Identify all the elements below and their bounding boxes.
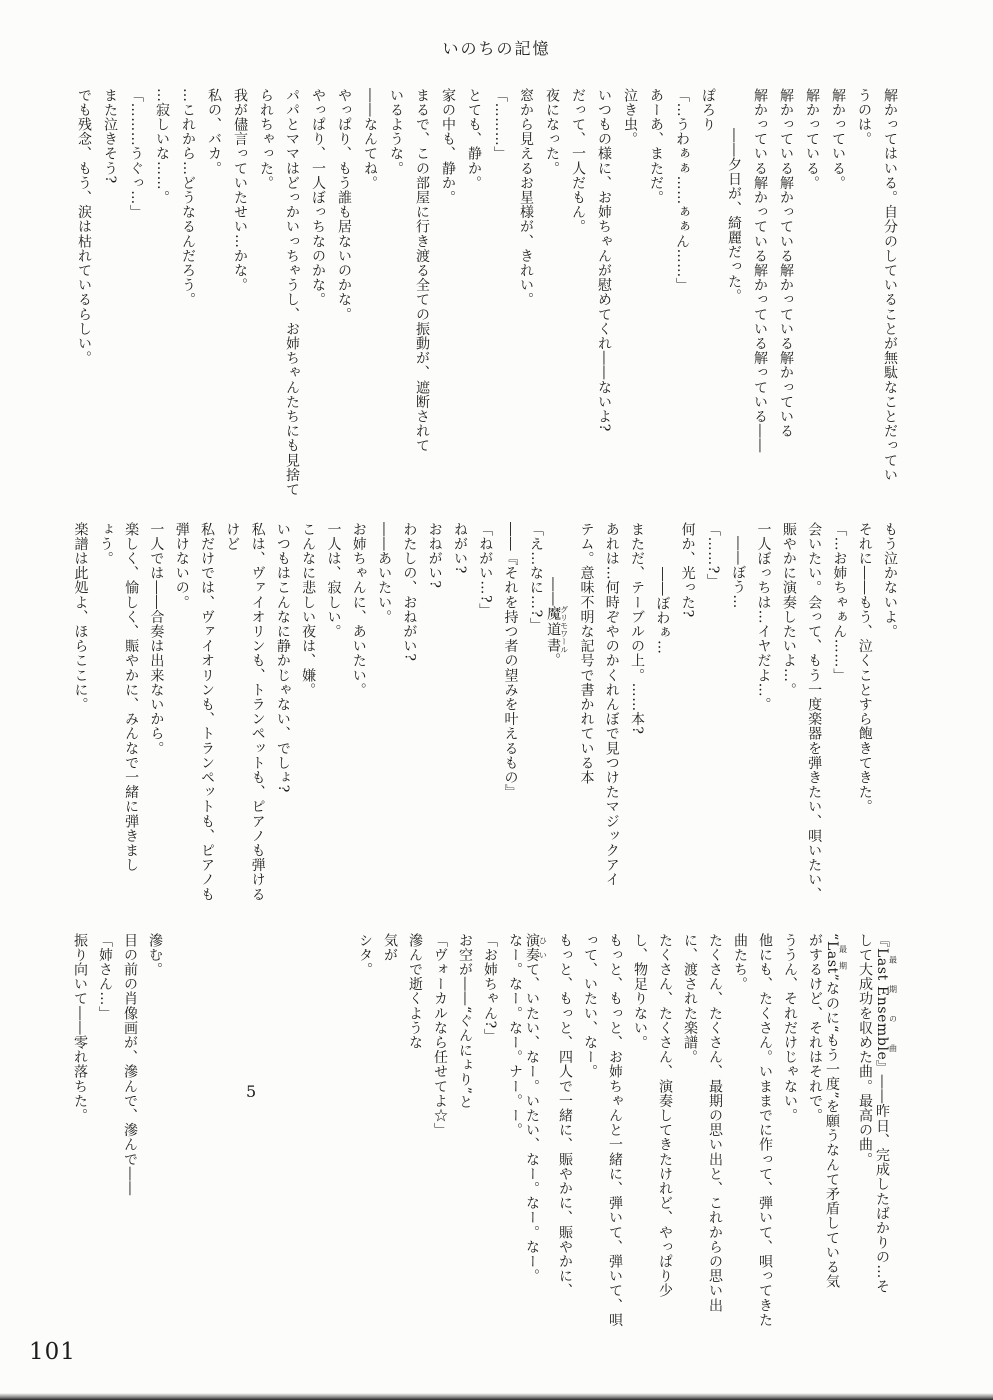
text-column: 我が儘言っていたせい…かな。 [221,88,247,497]
text-column: 一人ぼっちは…イヤだよ…。 [745,522,770,902]
text-column: パパとママはどっかいっちゃうし、お姉ちゃんたちにも見捨て [273,88,299,497]
text-column: お空が――“ぐんにょり”と [447,933,472,1327]
text-column: 私の、バカ。 [195,88,221,497]
text-block-top: 解かってはいる。自分のしていることが無駄なことだっていうのは。解かっている。解か… [65,88,897,497]
text-column: シタ。 [347,933,372,1327]
text-column: 目の前の肖像画が、滲んで、滲んで―― [112,933,137,1327]
text-column: お姉ちゃんに、あいたい。 [340,522,365,902]
text-column: 解かっている解かっている解かっている解っている―― [741,88,767,497]
text-column: あれは…何時ぞやのかくれんぼで見つけたマジックアイ [593,522,618,902]
page-title: いのちの記憶 [0,36,993,59]
text-column: ぽろり [689,88,715,497]
text-column: ――ぼわぁ… [644,522,669,902]
text-column: して大成功を収めた曲。最高の曲。 [847,933,872,1327]
text-column: ――『それを持つ者の望みを叶えるもの』 [492,522,517,902]
text-column: あーあ、まただ。 [637,88,663,497]
text-column: 何か、光った? [669,522,694,902]
text-column: ――あいたい。 [366,522,391,902]
text-column: 「………うぐっ…」 [117,88,143,497]
text-column: 滲んで逝くような [397,933,422,1327]
text-column: 「え…なに…?」 [518,522,543,902]
text-column: 弾けないの。 [163,522,188,902]
text-column: 泣き虫。 [611,88,637,497]
text-column: 楽譜は此処よ、ほらここに。 [62,522,87,902]
text-column: もう泣かないよ。 [872,522,897,902]
text-column: って、いたい、なー。 [572,933,597,1327]
text-block-bottom: 『Last Ensemble最期の曲』――昨日、完成したばかりの…そして大成功を… [62,933,897,1327]
text-column: 解かっている。 [819,88,845,497]
text-column: わたしの、おねがい? [391,522,416,902]
text-column: “Last最期”なのに“もう一度”を願うなんて矛盾している気 [822,933,847,1327]
page-edge-shadow [0,1393,993,1400]
text-column: とても、静か。 [455,88,481,497]
text-column: 私だけでは、ヴァイオリンも、トランペットも、ピアノも [189,522,214,902]
text-column: 私は、ヴァイオリンも、トランペットも、ピアノも弾ける [239,522,264,902]
text-column: に、渡された楽譜。 [672,933,697,1327]
text-column: 気が [372,933,397,1327]
text-column: 会いたい。会って、もう一度楽器を弾きたい、唄いたい、 [796,522,821,902]
text-column: やっぱり、もう誰も居ないのかな。 [325,88,351,497]
text-column: いつもはこんなに静かじゃない、でしょ? [265,522,290,902]
text-column: 他にも、たくさん。いままでに作って、弾いて、唄ってきた [747,933,772,1327]
text-column: 滲む。 [137,933,162,1327]
text-column: し、物足りない。 [622,933,647,1327]
text-column: もっと、もっと、四人で一緒に、賑やかに、賑やかに、 [547,933,572,1327]
text-column: 楽しく、愉しく、賑やかに、みんなで一緒に弾きまし [113,522,138,902]
text-column: けど [214,522,239,902]
text-column: いるような。 [377,88,403,497]
text-column: なー。なー。なー。ナー。ー。 [497,933,522,1327]
text-column: テム。意味不明な記号で書かれている本 [568,522,593,902]
text-column: がするけど、それはそれで。 [797,933,822,1327]
text-column: 一人では――合奏は出来ないから。 [138,522,163,902]
text-column: 「………」 [481,88,507,497]
text-column: たくさん、たくさん、最期の思い出と、これからの思い出 [697,933,722,1327]
text-column: ねがい? [442,522,467,902]
text-column: でも残念、もう、涙は枯れているらしい。 [65,88,91,497]
text-column: ――ぼう… [720,522,745,902]
text-column: ――なんてね。 [351,88,377,497]
text-column: 「姉さん…」 [87,933,112,1327]
text-column: こんなに悲しい夜は、嫌。 [290,522,315,902]
text-column: もっと、もっと、お姉ちゃんと一緒に、弾いて、弾いて、唄 [597,933,622,1327]
text-column: おねがい? [416,522,441,902]
text-column: …寂しいな……。 [143,88,169,497]
text-column: いつもの様に、お姉ちゃんが慰めてくれ――ないよ? [585,88,611,497]
text-column: 解かっている解かっている解かっている解かっている [767,88,793,497]
text-column: …これから…どうなるんだろう。 [169,88,195,497]
text-column: られちゃった。 [247,88,273,497]
text-column: 「ヴォーカルなら任せてよ☆」 [422,933,447,1327]
text-column: 家の中も、静か。 [429,88,455,497]
text-column: 「…お姉ちゃぁん……」 [821,522,846,902]
text-column: ――夕日が、綺麗だった。 [715,88,741,497]
text-column: 解かってはいる。自分のしていることが無駄なことだってい [871,88,897,497]
text-column: それに――もう、泣くことすら飽きてきた。 [846,522,871,902]
text-column: 「…うわぁぁ……ぁぁん……」 [663,88,689,497]
text-column: 演奏ひいて、いたい、なー。いたい、なー。なー。なー。 [522,933,547,1327]
text-column: だって、一人だもん。 [559,88,585,497]
text-column: ――魔道書グリモワール。 [543,522,568,902]
text-column: たくさん、たくさん、演奏してきたけれど、やっぱり少 [647,933,672,1327]
page-number: 101 [29,1339,76,1365]
text-column: 「お姉ちゃん?」 [472,933,497,1327]
text-column: まただ、テーブルの上。……本? [619,522,644,902]
text-column: 曲たち。 [722,933,747,1327]
text-column: 夜になった。 [533,88,559,497]
text-column: 一人は、寂しい。 [315,522,340,902]
text-column: 「ねがい…?」 [467,522,492,902]
text-column: ううん、それだけじゃない。 [772,933,797,1327]
document-page: いのちの記憶 解かってはいる。自分のしていることが無駄なことだっていうのは。解か… [0,0,993,1400]
text-column: また泣きそう? [91,88,117,497]
text-column: 賑やかに演奏したいよ…。 [771,522,796,902]
text-column: 解かっている。 [793,88,819,497]
text-column: まるで、この部屋に行き渡る全ての振動が、遮断されて [403,88,429,497]
text-column: 「……?」 [695,522,720,902]
text-column: うのは。 [845,88,871,497]
text-block-middle: もう泣かないよ。それに――もう、泣くことすら飽きてきた。「…お姉ちゃぁん……」会… [62,522,897,902]
text-column: 振り向いて――零れ落ちた。 [62,933,87,1327]
text-column: 窓から見えるお星様が、きれい。 [507,88,533,497]
text-column: 『Last Ensemble最期の曲』――昨日、完成したばかりの…そ [872,933,897,1327]
section-number: 5 [246,1082,256,1101]
text-column: やっぱり、一人ぼっちなのかな。 [299,88,325,497]
text-column: ょう。 [88,522,113,902]
